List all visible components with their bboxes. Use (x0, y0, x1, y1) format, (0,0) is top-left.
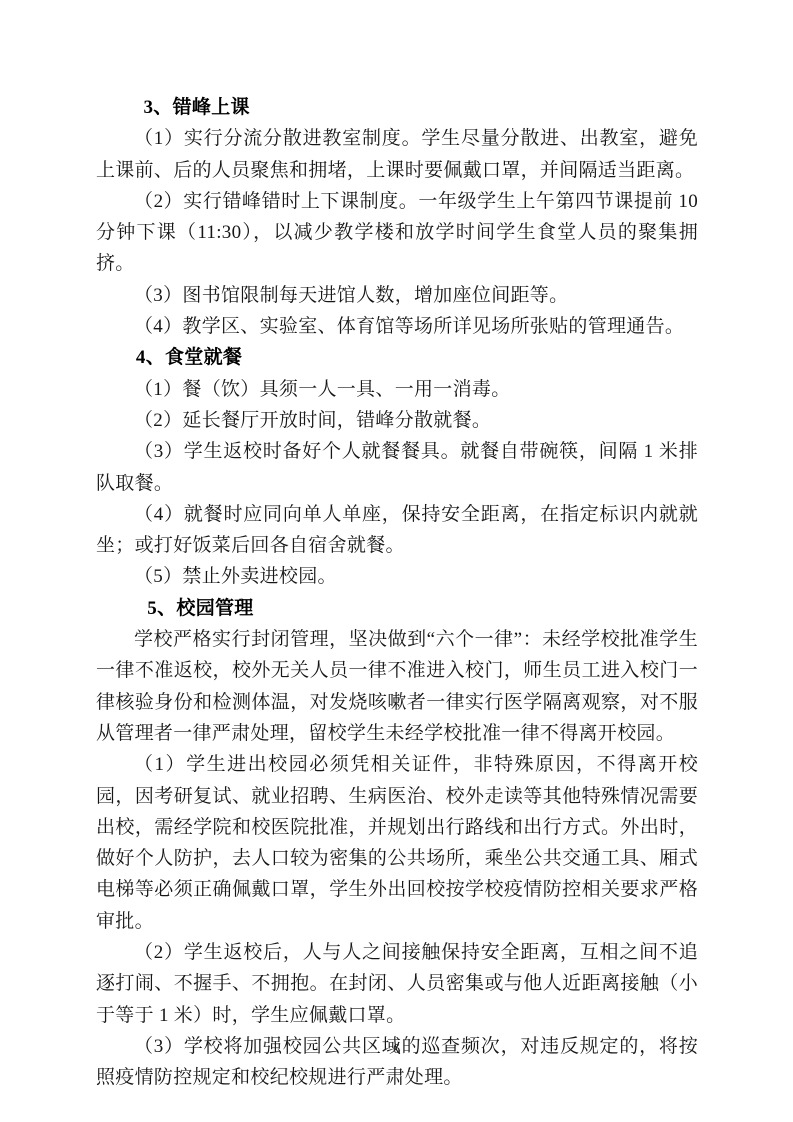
paragraph: （1）餐（饮）具须一人一具、一用一消毒。 (96, 374, 698, 405)
paragraph: （1）学生进出校园必须凭相关证件，非特殊原因，不得离开校园，因考研复试、就业招聘… (96, 749, 698, 937)
paragraph: （1）实行分流分散进教室制度。学生尽量分散进、出教室，避免上课前、后的人员聚焦和… (96, 123, 698, 186)
document-content: 3、错峰上课 （1）实行分流分散进教室制度。学生尽量分散进、出教室，避免上课前、… (96, 92, 698, 1094)
paragraph: （5）禁止外卖进校园。 (96, 561, 698, 592)
paragraph: （3）图书馆限制每天进馆人数，增加座位间距等。 (96, 280, 698, 311)
paragraph: （2）实行错峰错时上下课制度。一年级学生上午第四节课提前 10 分钟下课（11:… (96, 186, 698, 280)
paragraph: 学校严格实行封闭管理，坚决做到“六个一律”：未经学校批准学生一律不准返校，校外无… (96, 624, 698, 749)
paragraph: （3）学生返校时备好个人就餐餐具。就餐自带碗筷，间隔 1 米排队取餐。 (96, 436, 698, 499)
paragraph: （4）教学区、实验室、体育馆等场所详见场所张贴的管理通告。 (96, 311, 698, 342)
paragraph: （2）延长餐厅开放时间，错峰分散就餐。 (96, 405, 698, 436)
document-page: 3、错峰上课 （1）实行分流分散进教室制度。学生尽量分散进、出教室，避免上课前、… (0, 0, 793, 1122)
paragraph: （2）学生返校后，人与人之间接触保持安全距离，互相之间不追逐打闹、不握手、不拥抱… (96, 937, 698, 1031)
section-heading-campus-management: 5、校园管理 (96, 593, 698, 624)
section-heading-canteen-dining: 4、食堂就餐 (96, 342, 698, 373)
paragraph: （4）就餐时应同向单人单座，保持安全距离，在指定标识内就就坐；或打好饭菜后回各自… (96, 499, 698, 562)
section-heading-staggered-classes: 3、错峰上课 (96, 92, 698, 123)
page-number: 6 (0, 1040, 793, 1060)
